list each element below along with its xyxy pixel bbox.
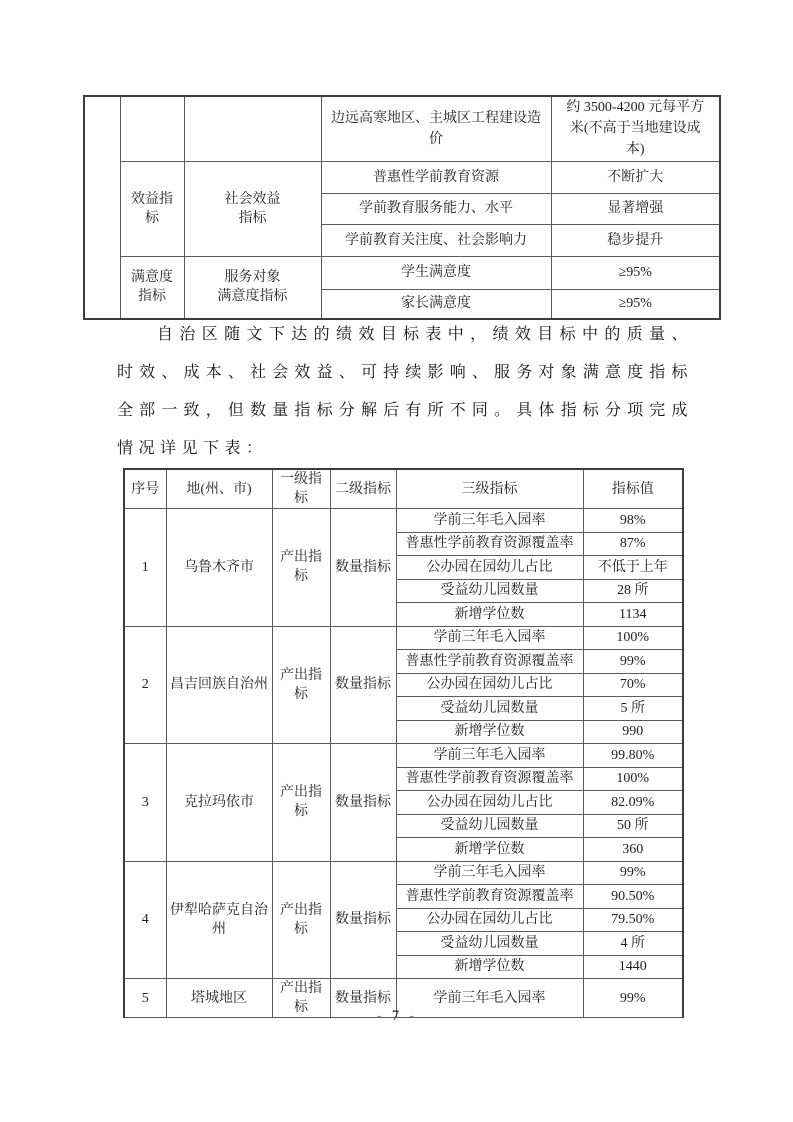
table-row: 效益指 标 社会效益 指标 普惠性学前教育资源 不断扩大 [84,161,720,193]
indicator-cell: 新增学位数 [396,720,583,744]
indicator-cell: 公办园在园幼儿占比 [396,556,583,580]
indicator-cell: 新增学位数 [396,838,583,862]
value-cell: 5 所 [583,697,683,721]
indicator-cell: 学前教育关注度、社会影响力 [321,224,551,256]
header-level2: 二级指标 [330,469,396,509]
indicator-cell: 学前三年毛入园率 [396,744,583,768]
document-page: 边远高寒地区、主城区工程建设造 价 约 3500-4200 元每平方 米(不高于… [0,0,793,1122]
value-cell: 99% [583,650,683,674]
region-cell: 乌鲁木齐市 [166,509,272,627]
table-row: 1 乌鲁木齐市 产出指标 数量指标 学前三年毛入园率 98% [124,509,683,533]
page-footer: -7- [0,1008,793,1025]
empty-cell [84,96,120,319]
empty-cell [184,96,321,161]
indicator-cell: 学前教育服务能力、水平 [321,193,551,224]
indicator-cell: 公办园在园幼儿占比 [396,908,583,932]
level2-cell: 数量指标 [330,626,396,744]
level1-cell: 效益指 标 [120,161,184,256]
indicator-cell: 新增学位数 [396,955,583,979]
seq-cell: 2 [124,626,166,744]
seq-cell: 3 [124,744,166,862]
seq-cell: 1 [124,509,166,627]
header-value: 指标值 [583,469,683,509]
value-cell: 1134 [583,603,683,627]
value-cell: 显著增强 [551,193,720,224]
table-header-row: 序号 地(州、市) 一级指标 二级指标 三级指标 指标值 [124,469,683,509]
level2-cell: 社会效益 指标 [184,161,321,256]
value-cell: 4 所 [583,932,683,956]
indicator-cell: 新增学位数 [396,603,583,627]
table-row: 3 克拉玛依市 产出指标 数量指标 学前三年毛入园率 99.80% [124,744,683,768]
indicator-cell: 学前三年毛入园率 [396,509,583,533]
value-cell: 990 [583,720,683,744]
value-cell: 50 所 [583,814,683,838]
page-number: 7 [392,1008,402,1024]
value-cell: 100% [583,767,683,791]
table-row: 满意度 指标 服务对象 满意度指标 学生满意度 ≥95% [84,256,720,289]
value-cell: 约 3500-4200 元每平方 米(不高于当地建设成 本) [551,96,720,161]
level2-cell: 服务对象 满意度指标 [184,256,321,319]
body-paragraph: 自治区随文下达的绩效目标表中，绩效目标中的质量、时效、成本、社会效益、可持续影响… [117,316,693,468]
indicator-cell: 普惠性学前教育资源覆盖率 [396,532,583,556]
indicator-cell: 普惠性学前教育资源覆盖率 [396,767,583,791]
indicator-cell: 学生满意度 [321,256,551,289]
value-cell: 99.80% [583,744,683,768]
value-cell: 360 [583,838,683,862]
footer-dash-left: - [369,1008,392,1024]
header-region: 地(州、市) [166,469,272,509]
region-cell: 伊犁哈萨克自治 州 [166,861,272,979]
indicator-cell: 受益幼儿园数量 [396,579,583,603]
header-level1: 一级指标 [272,469,330,509]
indicator-cell: 公办园在园幼儿占比 [396,673,583,697]
value-cell: ≥95% [551,256,720,289]
value-cell: 79.50% [583,908,683,932]
footer-dash-right: - [401,1008,424,1024]
value-cell: 1440 [583,955,683,979]
detail-table: 序号 地(州、市) 一级指标 二级指标 三级指标 指标值 1 乌鲁木齐市 产出指… [123,468,684,1018]
table-row: 边远高寒地区、主城区工程建设造 价 约 3500-4200 元每平方 米(不高于… [84,96,720,161]
level2-cell: 数量指标 [330,744,396,862]
value-cell: 100% [583,626,683,650]
value-cell: ≥95% [551,289,720,319]
indicator-cell: 受益幼儿园数量 [396,814,583,838]
table-row: 4 伊犁哈萨克自治 州 产出指标 数量指标 学前三年毛入园率 99% [124,861,683,885]
indicator-cell: 普惠性学前教育资源 [321,161,551,193]
header-no: 序号 [124,469,166,509]
level1-cell: 产出指标 [272,861,330,979]
summary-table: 边远高寒地区、主城区工程建设造 价 约 3500-4200 元每平方 米(不高于… [83,95,721,320]
value-cell: 90.50% [583,885,683,909]
level2-cell: 数量指标 [330,509,396,627]
value-cell: 70% [583,673,683,697]
level1-cell: 产出指标 [272,626,330,744]
indicator-cell: 家长满意度 [321,289,551,319]
value-cell: 不低于上年 [583,556,683,580]
region-cell: 昌吉回族自治州 [166,626,272,744]
value-cell: 82.09% [583,791,683,815]
header-level3: 三级指标 [396,469,583,509]
empty-cell [120,96,184,161]
level1-cell: 产出指标 [272,509,330,627]
value-cell: 28 所 [583,579,683,603]
indicator-cell: 公办园在园幼儿占比 [396,791,583,815]
level1-cell: 产出指标 [272,744,330,862]
indicator-cell: 普惠性学前教育资源覆盖率 [396,885,583,909]
level2-cell: 数量指标 [330,861,396,979]
indicator-cell: 受益幼儿园数量 [396,932,583,956]
value-cell: 99% [583,861,683,885]
indicator-cell: 学前三年毛入园率 [396,861,583,885]
level1-cell: 满意度 指标 [120,256,184,319]
indicator-cell: 边远高寒地区、主城区工程建设造 价 [321,96,551,161]
indicator-cell: 受益幼儿园数量 [396,697,583,721]
value-cell: 稳步提升 [551,224,720,256]
region-cell: 克拉玛依市 [166,744,272,862]
value-cell: 不断扩大 [551,161,720,193]
table-row: 2 昌吉回族自治州 产出指标 数量指标 学前三年毛入园率 100% [124,626,683,650]
indicator-cell: 普惠性学前教育资源覆盖率 [396,650,583,674]
value-cell: 87% [583,532,683,556]
seq-cell: 4 [124,861,166,979]
value-cell: 98% [583,509,683,533]
indicator-cell: 学前三年毛入园率 [396,626,583,650]
